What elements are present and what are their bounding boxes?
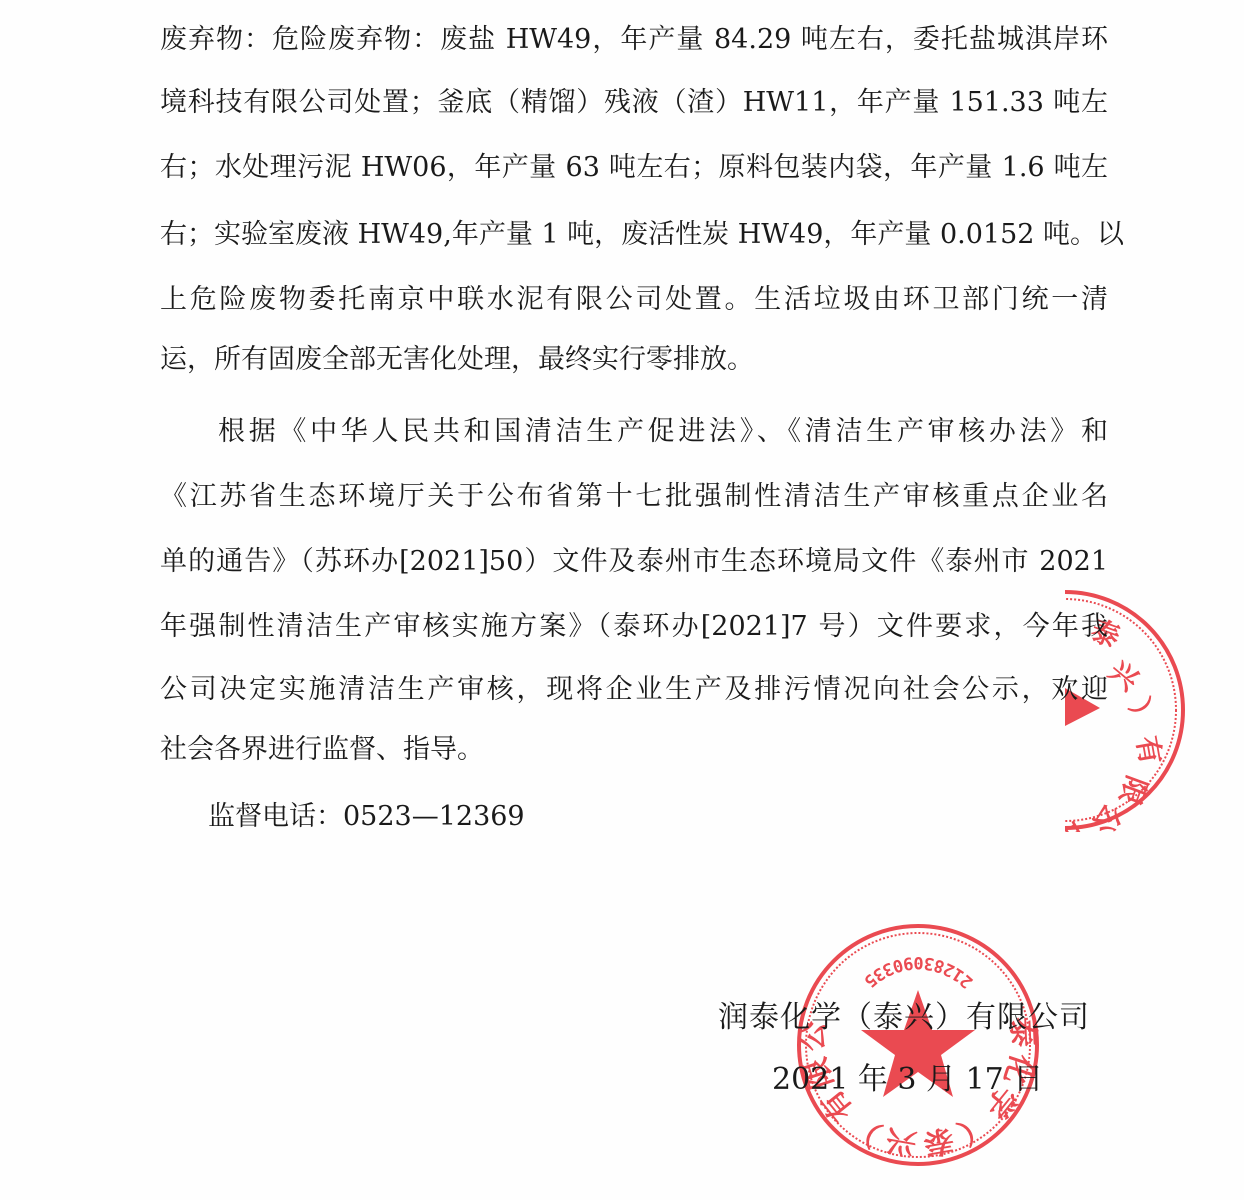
company-seal-stamp: 润泰化学（泰兴）有限公司 3212830903359 <box>795 922 1041 1168</box>
paragraph-2-line-5: 公司决定实施清洁生产审核，现将企业生产及排污情况向社会公示，欢迎 <box>160 670 1108 710</box>
signature-date: 2021 年 3 月 17 日 <box>772 1060 1043 1100</box>
paragraph-1-line-1: 废弃物：危险废弃物：废盐 HW49，年产量 84.29 吨左右，委托盐城淇岸环 <box>160 20 1108 60</box>
paragraph-1-line-3: 右；水处理污泥 HW06，年产量 63 吨左右；原料包装内袋，年产量 1.6 吨… <box>160 148 1108 188</box>
signature-company-name: 润泰化学（泰兴）有限公司 <box>718 998 1090 1038</box>
paragraph-1-line-5: 上危险废物委托南京中联水泥有限公司处置。生活垃圾由环卫部门统一清 <box>160 280 1108 320</box>
svg-text:兴: 兴 <box>1103 654 1146 698</box>
paragraph-2-line-4: 年强制性清洁生产审核实施方案》（泰环办[2021]7 号）文件要求，今年我 <box>160 607 1108 647</box>
svg-text:有: 有 <box>1130 733 1167 766</box>
document-page: 废弃物：危险废弃物：废盐 HW49，年产量 84.29 吨左右，委托盐城淇岸环 … <box>0 0 1244 1200</box>
paragraph-2-line-3: 单的通告》（苏环办[2021]50）文件及泰州市生态环境局文件《泰州市 2021 <box>160 542 1108 582</box>
svg-text:）: ） <box>1123 693 1166 734</box>
paragraph-1-line-2: 境科技有限公司处置；釜底（精馏）残液（渣）HW11，年产量 151.33 吨左 <box>160 83 1108 123</box>
paragraph-2-line-2: 《江苏省生态环境厅关于公布省第十七批强制性清洁生产审核重点企业名 <box>160 477 1108 517</box>
supervision-phone: 监督电话：0523—12369 <box>208 797 525 837</box>
paragraph-2-line-6: 社会各界进行监督、指导。 <box>160 730 1108 770</box>
svg-text:司: 司 <box>1065 812 1090 832</box>
svg-text:公: 公 <box>1086 798 1129 832</box>
paragraph-1-line-6: 运，所有固废全部无害化处理，最终实行零排放。 <box>160 340 1108 380</box>
svg-text:限: 限 <box>1113 772 1154 810</box>
paragraph-1-line-4: 右；实验室废液 HW49,年产量 1 吨，废活性炭 HW49，年产量 0.015… <box>160 215 1108 255</box>
paragraph-2-line-1: 根据《中华人民共和国清洁生产促进法》、《清洁生产审核办法》和 <box>218 412 1108 452</box>
